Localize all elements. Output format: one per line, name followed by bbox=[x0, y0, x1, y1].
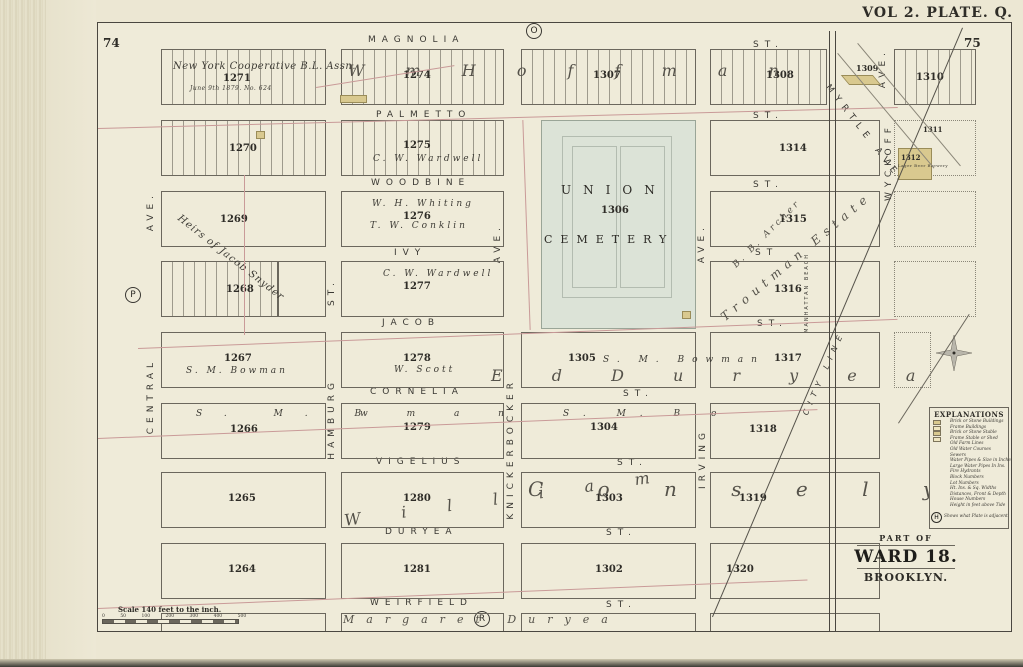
block-number-1275: 1275 bbox=[403, 140, 431, 151]
block-number-1318: 1318 bbox=[749, 424, 777, 435]
union-cemetery[interactable] bbox=[541, 120, 696, 329]
legend-title: EXPLANATIONS bbox=[932, 410, 1006, 419]
brewery-label: Lager Beer Brewery bbox=[898, 163, 948, 168]
street-jacob: JACOB bbox=[382, 318, 440, 328]
street-weirfield-st: ST. bbox=[606, 600, 637, 610]
owner-1266: S. M. B bbox=[196, 409, 383, 419]
legend-explanations: EXPLANATIONS Brick or Stone Buildings Fr… bbox=[929, 407, 1009, 529]
ward-title-cartouche: PART OF WARD 18. BROOKLYN. bbox=[847, 533, 965, 595]
scale-label: Scale 140 feet to the inch. bbox=[102, 605, 246, 614]
block-number-1316: 1316 bbox=[774, 284, 802, 295]
city-line bbox=[712, 28, 963, 618]
book-gutter bbox=[46, 0, 96, 667]
block-number-1305: 1305 bbox=[568, 353, 596, 364]
page-number-right: 75 bbox=[964, 36, 981, 50]
block-number-1264: 1264 bbox=[228, 564, 256, 575]
cemetery-label-union: UNION bbox=[561, 183, 667, 197]
block-number-1265: 1265 bbox=[228, 493, 256, 504]
block-1268-east[interactable] bbox=[277, 261, 326, 317]
compass-rose-icon bbox=[934, 333, 974, 373]
block-number-1281: 1281 bbox=[403, 564, 431, 575]
legend-item: Height in feet above Tide bbox=[932, 503, 1006, 509]
plate-ref-symbol-icon: H bbox=[931, 512, 942, 523]
scale-bar bbox=[102, 619, 239, 624]
book-bottom-edge bbox=[0, 659, 1023, 667]
owner-1271: New York Cooperative B.L. Assn. bbox=[173, 61, 356, 72]
plate-title: VOL 2. PLATE. Q. bbox=[862, 5, 1013, 21]
block-number-1317: 1317 bbox=[774, 353, 802, 364]
legend-h-text: Shows what Plate is adjacent bbox=[944, 514, 1008, 519]
old-farm-line-vertical bbox=[244, 175, 245, 335]
street-ivy: IVY bbox=[394, 248, 426, 258]
owner-1305: S. M. Bowman bbox=[603, 355, 765, 365]
street-woodbine: WOODBINE bbox=[371, 178, 470, 188]
owner-label-duryea: E d D u r y e a bbox=[491, 366, 937, 385]
street-irving-suffix: AVE. bbox=[697, 223, 707, 263]
owner-1276: W. H. Whiting bbox=[372, 199, 474, 209]
ward-part-of: PART OF bbox=[847, 533, 965, 543]
owner-1279: w m a n bbox=[360, 409, 522, 419]
street-vigelius-st: ST. bbox=[617, 458, 648, 468]
block-number-1306: 1306 bbox=[601, 205, 629, 216]
plate-ref-top[interactable]: O bbox=[526, 23, 542, 39]
owner-1277: C. W. Wardwell bbox=[383, 269, 493, 279]
block-east-3 bbox=[894, 191, 976, 247]
street-central-ave: CENTRAL bbox=[146, 358, 156, 434]
block-number-1268: 1268 bbox=[226, 284, 254, 295]
street-woodbine-st: ST. bbox=[753, 180, 784, 190]
book-page-edges bbox=[0, 0, 46, 667]
block-number-1277: 1277 bbox=[403, 281, 431, 292]
owner-label-margaret: Margaret Duryea bbox=[343, 613, 620, 626]
street-cornelia-st: ST. bbox=[623, 389, 654, 399]
street-magnolia: MAGNOLIA bbox=[368, 35, 464, 45]
block-number-1312: 1312 bbox=[901, 153, 920, 162]
note-1271: June 9th 1879. No. 624 bbox=[190, 85, 272, 92]
block-number-1304: 1304 bbox=[590, 422, 618, 433]
owner-1267: S. M. Bowman bbox=[186, 366, 288, 376]
owner-1276-second: T. W. Conklin bbox=[370, 221, 468, 231]
page-number-left: 74 bbox=[103, 36, 120, 50]
owner-1278: W. Scott bbox=[394, 365, 455, 375]
street-hamburg-suffix: ST. bbox=[327, 278, 337, 306]
building bbox=[256, 131, 265, 139]
map-plate: 74 75 O P R MAGNOLIA ST. PALMETTO ST. WO… bbox=[97, 22, 1012, 632]
block-number-1314: 1314 bbox=[779, 143, 807, 154]
plate-ref-left[interactable]: P bbox=[125, 287, 141, 303]
cemetery-farm-line bbox=[522, 120, 530, 330]
block-number-1267: 1267 bbox=[224, 353, 252, 364]
street-cornelia: CORNELIA bbox=[370, 387, 464, 397]
block-number-1278: 1278 bbox=[403, 353, 431, 364]
street-weirfield: WEIRFIELD bbox=[370, 598, 473, 608]
ward-number: WARD 18. bbox=[847, 548, 965, 566]
block-number-1270: 1270 bbox=[229, 143, 257, 154]
map-scale: Scale 140 feet to the inch. 0 50 100 200… bbox=[102, 605, 246, 624]
cemetery-label-cemetery: CEMETERY bbox=[544, 233, 674, 246]
street-central-ave-suffix: AVE. bbox=[146, 191, 156, 231]
building-brick bbox=[340, 95, 367, 103]
street-duryea-st: ST. bbox=[606, 528, 637, 538]
street-duryea: DURYEA bbox=[385, 527, 458, 537]
block-east-4 bbox=[894, 261, 976, 317]
owner-1275: C. W. Wardwell bbox=[373, 154, 483, 164]
ward-city: BROOKLYN. bbox=[847, 571, 965, 584]
block-number-1302: 1302 bbox=[595, 564, 623, 575]
scale-ticks: 0 50 100 200 300 400 500 bbox=[102, 614, 246, 619]
block-number-1279: 1279 bbox=[403, 422, 431, 433]
block-south-4[interactable] bbox=[710, 613, 880, 632]
block-number-1271: 1271 bbox=[223, 73, 251, 84]
